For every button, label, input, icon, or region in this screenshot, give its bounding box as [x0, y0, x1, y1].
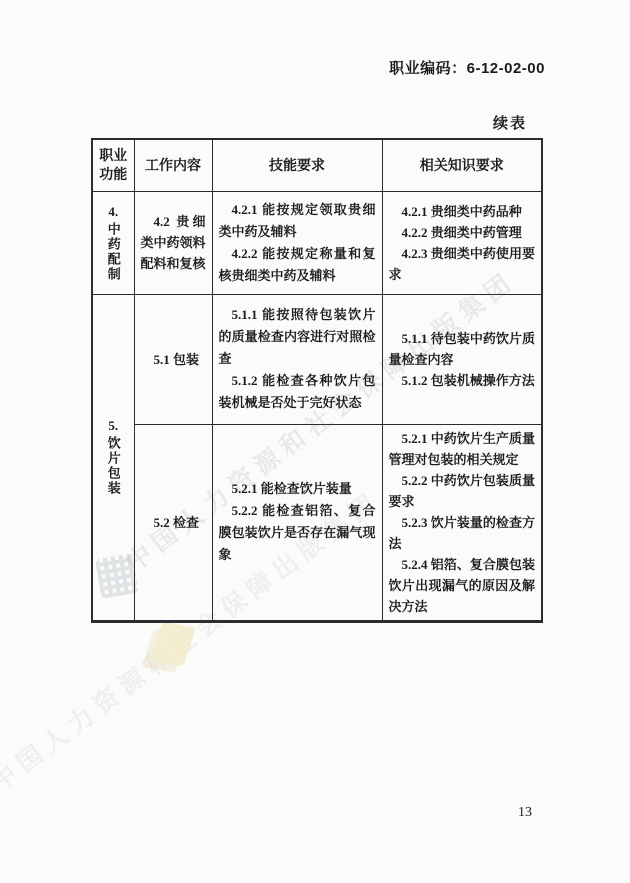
knowledge-cell: 5.2.1 中药饮片生产质量管理对包装的相关规定 5.2.2 中药饮片包装质量要… — [382, 424, 542, 621]
skill-item: 4.2.1 能按规定领取贵细类中药及辅料 — [219, 199, 376, 243]
work-item: 5.1 包装 — [141, 349, 206, 370]
col-header-work-content: 工作内容 — [134, 139, 212, 191]
knowledge-item: 5.2.2 中药饮片包装质量要求 — [389, 470, 536, 512]
skills-cell: 5.2.1 能检查饮片装量 5.2.2 能检查铝箔、复合膜包装饮片是否存在漏气现… — [212, 424, 382, 621]
table-row: 4. 中药配制 4.2 贵细类中药领料配料和复核 4.2.1 能按规定领取贵细类… — [92, 191, 542, 294]
document-page: 中国人力资源和社会保障出版集团 中国人力资源和社会保障出版集团 职业编码：6-1… — [0, 0, 630, 883]
col-header-knowledge-requirements: 相关知识要求 — [382, 139, 542, 191]
occupation-code: 职业编码：6-12-02-00 — [389, 57, 545, 78]
knowledge-cell: 5.1.1 待包装中药饮片质量检查内容 5.1.2 包装机械操作方法 — [382, 294, 542, 424]
function-number: 4. — [99, 204, 128, 220]
continued-table-label: 续表 — [493, 112, 527, 133]
knowledge-item: 4.2.3 贵细类中药使用要求 — [389, 243, 536, 285]
watermark-cube-icon — [150, 622, 196, 666]
knowledge-item: 5.1.1 待包装中药饮片质量检查内容 — [389, 328, 536, 370]
function-cell-4: 4. 中药配制 — [92, 191, 134, 294]
table-row: 5. 饮片包装 5.1 包装 5.1.1 能按照待包装饮片的质量检查内容进行对照… — [92, 294, 542, 424]
knowledge-cell: 4.2.1 贵细类中药品种 4.2.2 贵细类中药管理 4.2.3 贵细类中药使… — [382, 191, 542, 294]
knowledge-item: 4.2.1 贵细类中药品种 — [389, 201, 536, 222]
table-header-row: 职业功能 工作内容 技能要求 相关知识要求 — [92, 139, 542, 191]
knowledge-item: 5.2.3 饮片装量的检查方法 — [389, 512, 536, 554]
function-number: 5. — [99, 418, 128, 434]
skill-item: 5.2.1 能检查饮片装量 — [219, 478, 376, 500]
table-row: 5.2 检查 5.2.1 能检查饮片装量 5.2.2 能检查铝箔、复合膜包装饮片… — [92, 424, 542, 621]
function-name: 饮片包装 — [106, 436, 121, 496]
work-content-cell: 5.1 包装 — [134, 294, 212, 424]
col-header-skill-requirements: 技能要求 — [212, 139, 382, 191]
work-item: 4.2 贵细类中药领料配料和复核 — [141, 211, 206, 274]
skill-item: 5.1.2 能检查各种饮片包装机械是否处于完好状态 — [219, 370, 376, 414]
work-content-cell: 5.2 检查 — [134, 424, 212, 621]
work-item: 5.2 检查 — [141, 512, 206, 533]
function-name: 中药配制 — [106, 222, 121, 282]
knowledge-item: 5.1.2 包装机械操作方法 — [389, 370, 536, 391]
skill-item: 5.1.1 能按照待包装饮片的质量检查内容进行对照检查 — [219, 304, 376, 370]
knowledge-item: 4.2.2 贵细类中药管理 — [389, 222, 536, 243]
skill-item: 4.2.2 能按规定称量和复核贵细类中药及辅料 — [219, 243, 376, 287]
skills-cell: 5.1.1 能按照待包装饮片的质量检查内容进行对照检查 5.1.2 能检查各种饮… — [212, 294, 382, 424]
knowledge-item: 5.2.1 中药饮片生产质量管理对包装的相关规定 — [389, 428, 536, 470]
skill-item: 5.2.2 能检查铝箔、复合膜包装饮片是否存在漏气现象 — [219, 500, 376, 566]
skills-cell: 4.2.1 能按规定领取贵细类中药及辅料 4.2.2 能按规定称量和复核贵细类中… — [212, 191, 382, 294]
function-cell-5: 5. 饮片包装 — [92, 294, 134, 621]
knowledge-item: 5.2.4 铝箔、复合膜包装饮片出现漏气的原因及解决方法 — [389, 554, 536, 617]
col-header-occupational-function: 职业功能 — [92, 139, 134, 191]
standards-table: 职业功能 工作内容 技能要求 相关知识要求 4. 中药配制 4.2 贵细类中药领… — [91, 138, 543, 623]
page-number: 13 — [518, 805, 532, 821]
work-content-cell: 4.2 贵细类中药领料配料和复核 — [134, 191, 212, 294]
